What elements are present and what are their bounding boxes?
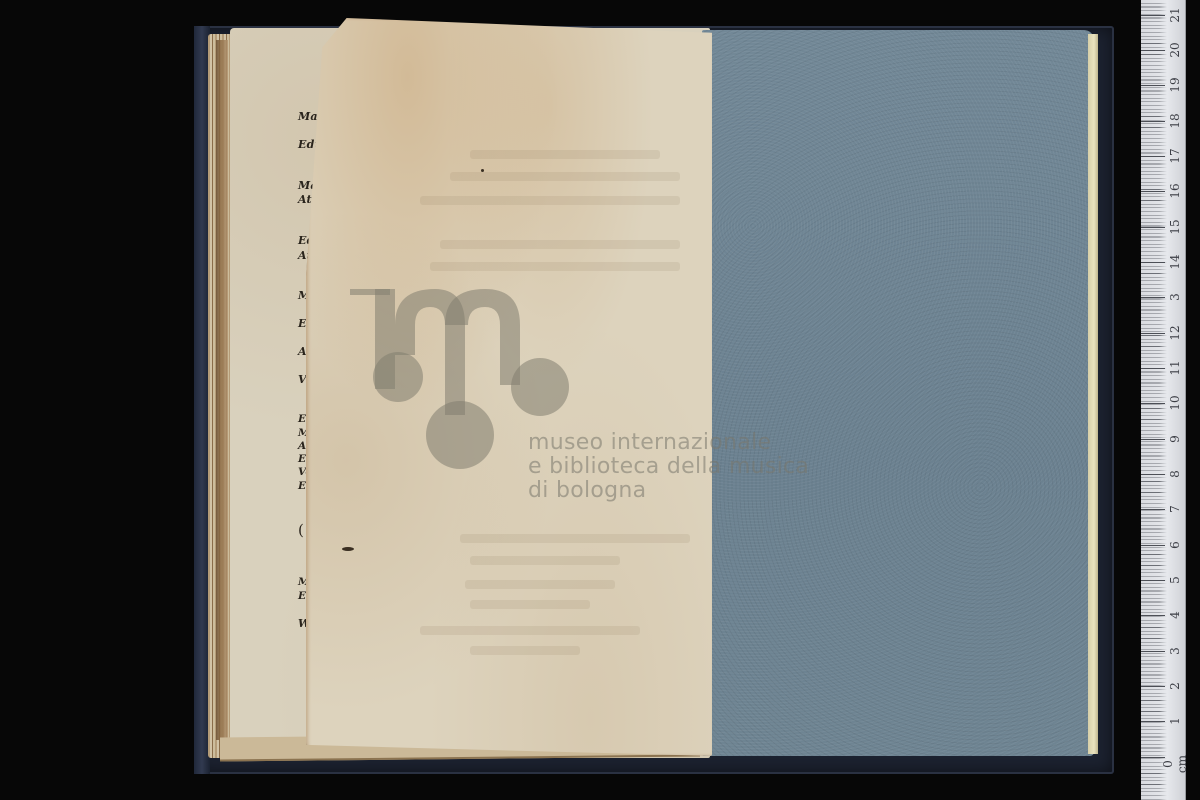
bleed-through-line [440, 240, 680, 249]
bleed-through-line [460, 534, 690, 543]
ruler-label: 17 [1168, 146, 1182, 166]
bleed-through-line [430, 262, 680, 271]
endpaper-edge [1088, 34, 1098, 754]
ruler-label: 15 [1168, 217, 1182, 237]
bleed-through-line [470, 600, 590, 609]
ruler-label: 11 [1168, 358, 1182, 378]
ruler-label: 0 cm [1161, 754, 1189, 774]
ruler-label: 18 [1168, 111, 1182, 131]
ruler-label: 12 [1168, 323, 1182, 343]
ruler-label: 2 [1168, 676, 1182, 696]
blue-endpaper [702, 30, 1094, 756]
ruler-label: 20 [1168, 40, 1182, 60]
ruler-label: 1 [1168, 711, 1182, 731]
ruler-label: 14 [1168, 252, 1182, 272]
ruler-ticks [1141, 0, 1167, 800]
measurement-ruler: 0 cm 1 2 3 4 5 6 7 8 9 10 11 12 3 14 15 … [1141, 0, 1186, 800]
ruler-label: 21 [1168, 5, 1182, 25]
ruler-label: 4 [1168, 605, 1182, 625]
ruler-label: 8 [1168, 464, 1182, 484]
bleed-through-line [420, 196, 680, 205]
ruler-label: 3 [1168, 287, 1182, 307]
ink-spot [481, 169, 484, 172]
ruler-label: 10 [1168, 393, 1182, 413]
bleed-through-line [470, 556, 620, 565]
book-photograph: Mar. Edu. Mar. Ath. Edu. Ath. Mar. Edu A… [0, 0, 1200, 800]
page-edge-shadow [216, 40, 228, 740]
ruler-label: 3 [1168, 641, 1182, 661]
ink-spot [342, 547, 354, 551]
bleed-through-line [420, 626, 640, 635]
ruler-label: 5 [1168, 570, 1182, 590]
speaker-label: ( [298, 521, 304, 539]
speaker-label: E [298, 590, 306, 602]
ruler-label: 19 [1168, 75, 1182, 95]
bleed-through-line [470, 150, 660, 159]
bleed-through-line [470, 646, 580, 655]
ruler-label: 16 [1168, 181, 1182, 201]
ruler-label: 6 [1168, 535, 1182, 555]
ruler-label: 9 [1168, 429, 1182, 449]
bleed-through-line [465, 580, 615, 589]
ruler-label: 7 [1168, 499, 1182, 519]
bleed-through-line [450, 172, 680, 181]
